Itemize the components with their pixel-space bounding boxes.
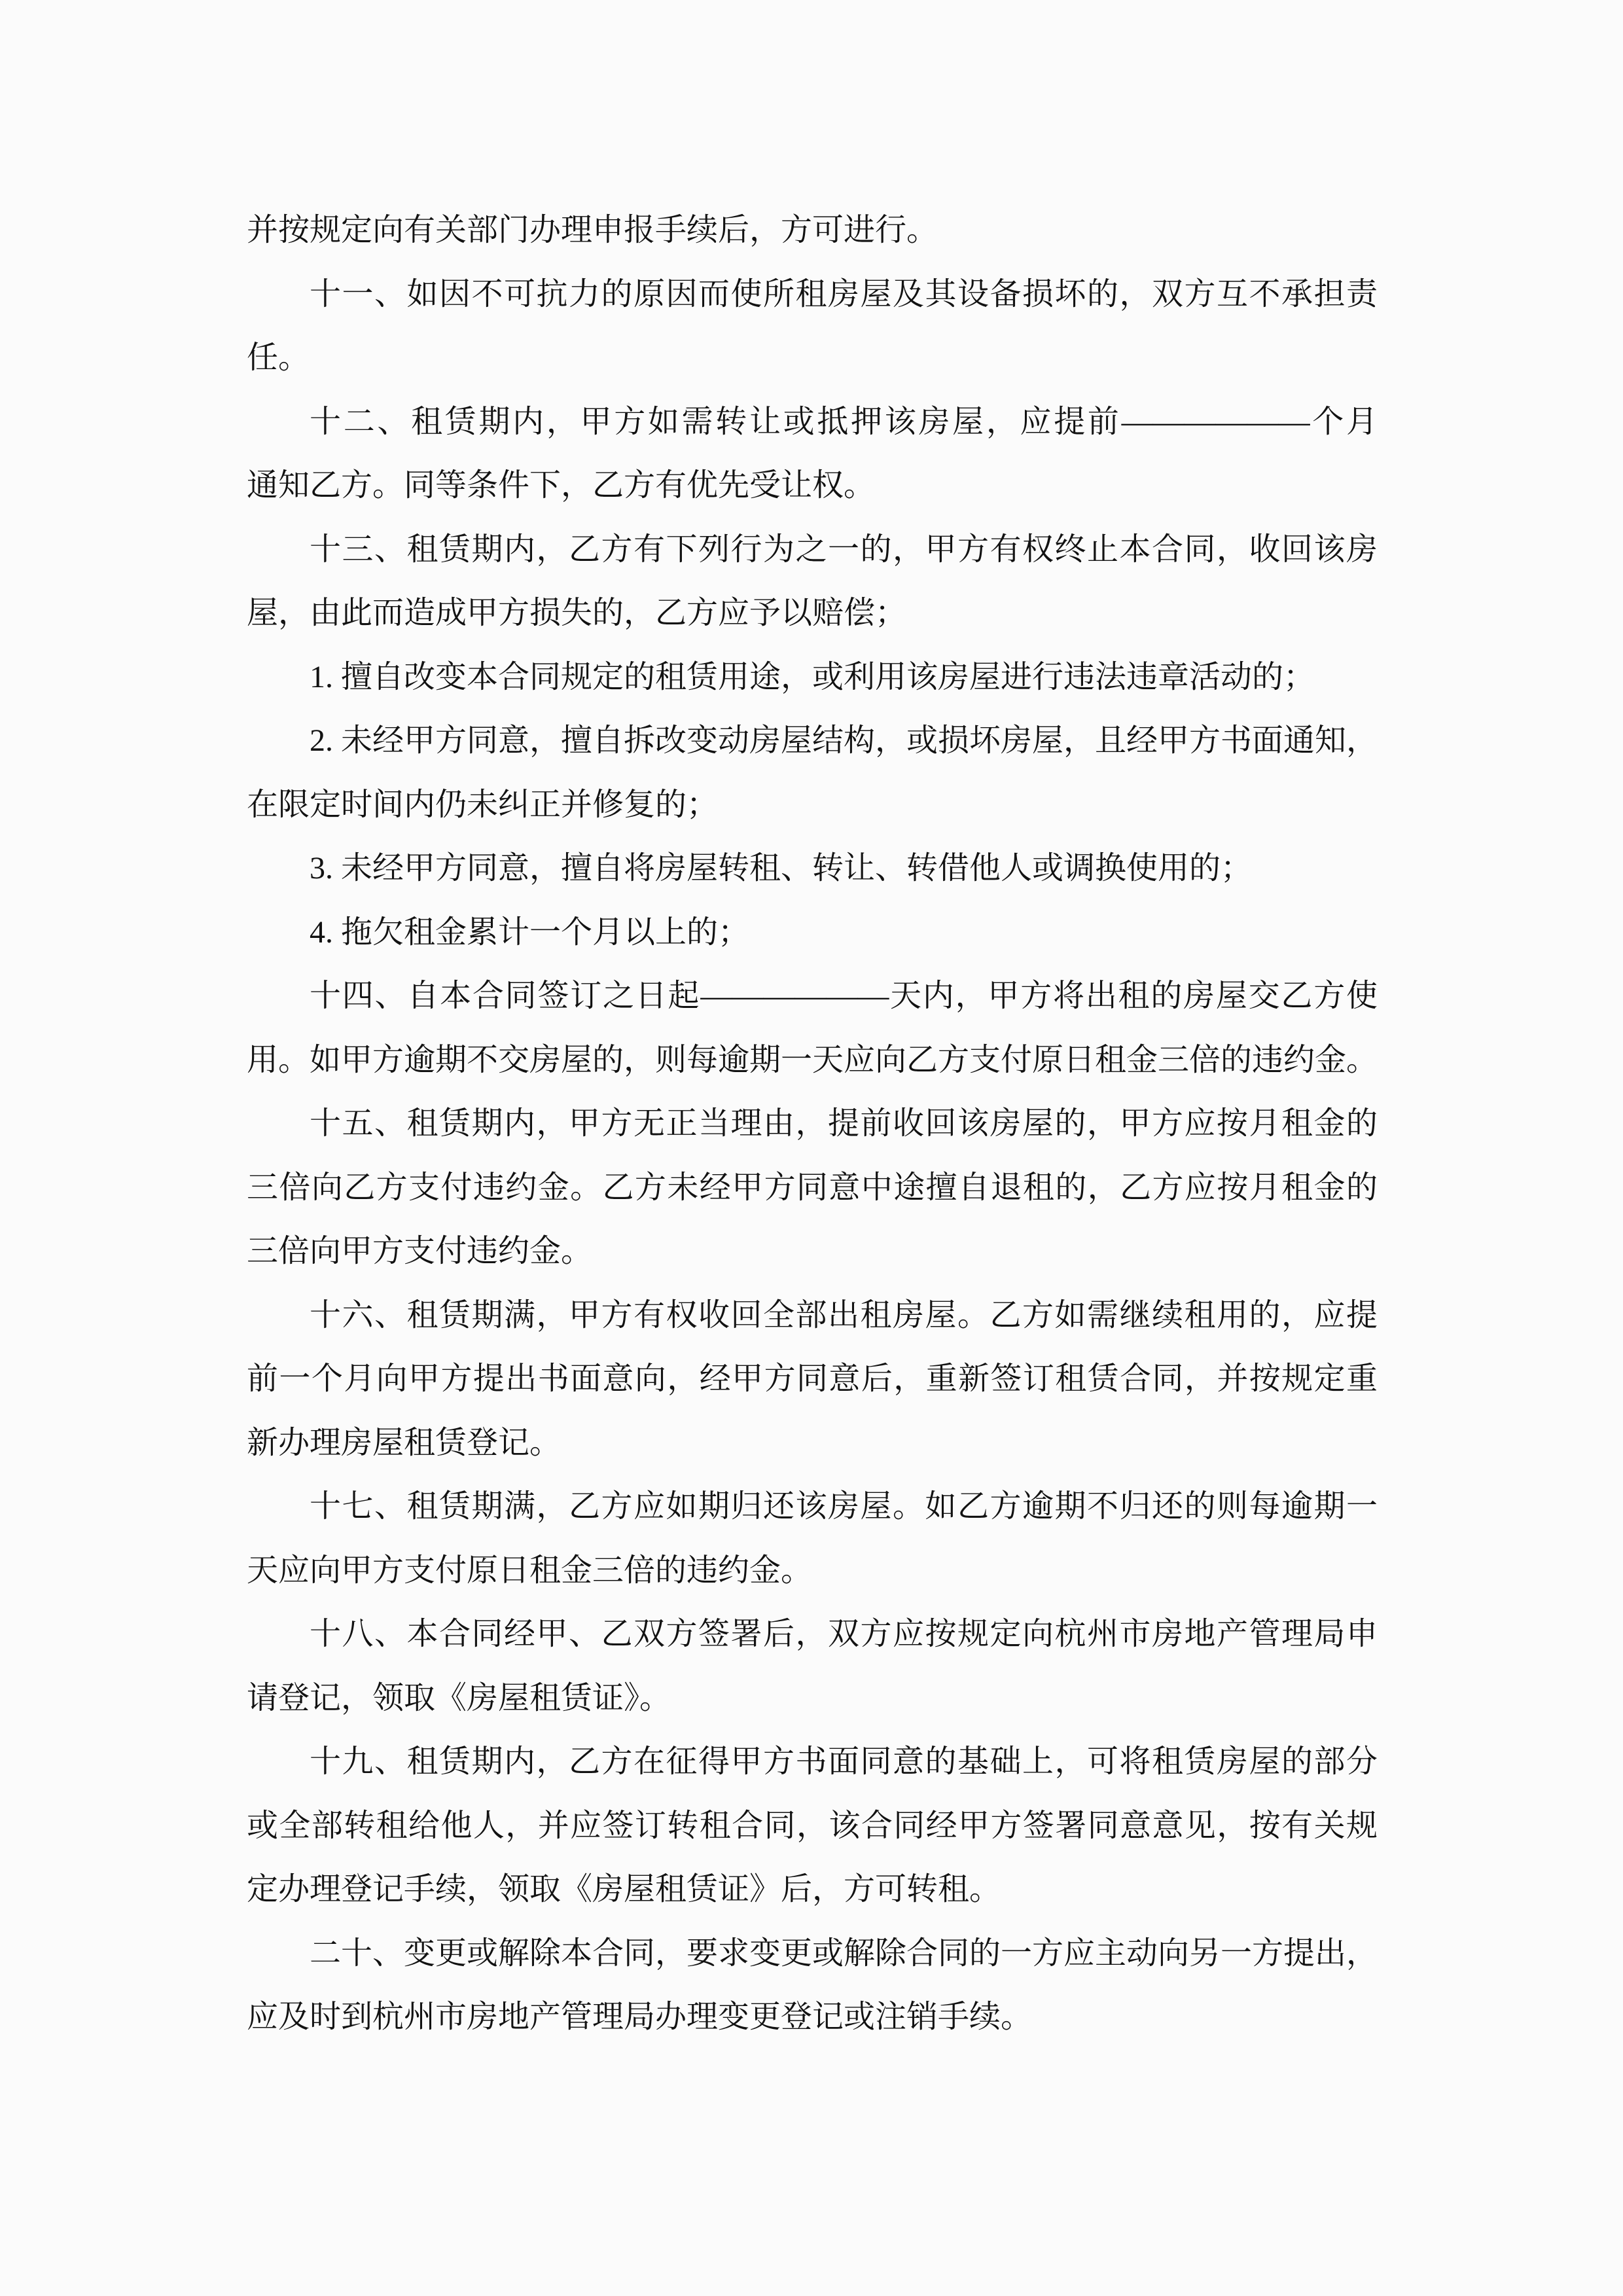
text-line: 屋，由此而造成甲方损失的，乙方应予以赔偿； bbox=[247, 581, 1378, 645]
text-line: 十四、自本合同签订之日起——————天内，甲方将出租的房屋交乙方使 bbox=[247, 964, 1378, 1028]
text-line: 十三、租赁期内，乙方有下列行为之一的，甲方有权终止本合同，收回该房 bbox=[247, 518, 1378, 582]
text-line: 任。 bbox=[247, 326, 1378, 390]
text-line: 前一个月向甲方提出书面意向，经甲方同意后，重新签订租赁合同，并按规定重 bbox=[247, 1347, 1378, 1411]
text-line: 请登记，领取《房屋租赁证》。 bbox=[247, 1666, 1378, 1731]
text-line: 十六、租赁期满，甲方有权收回全部出租房屋。乙方如需继续租用的，应提 bbox=[247, 1283, 1378, 1348]
text-line: 2. 未经甲方同意，擅自拆改变动房屋结构，或损坏房屋，且经甲方书面通知， bbox=[247, 709, 1378, 773]
text-line: 十九、租赁期内，乙方在征得甲方书面同意的基础上，可将租赁房屋的部分 bbox=[247, 1730, 1378, 1794]
text-line: 十七、租赁期满，乙方应如期归还该房屋。如乙方逾期不归还的则每逾期一 bbox=[247, 1475, 1378, 1539]
text-line: 十五、租赁期内，甲方无正当理由，提前收回该房屋的，甲方应按月租金的 bbox=[247, 1092, 1378, 1156]
text-line: 十八、本合同经甲、乙双方签署后，双方应按规定向杭州市房地产管理局申 bbox=[247, 1602, 1378, 1666]
text-line: 十二、租赁期内，甲方如需转让或抵押该房屋，应提前——————个月 bbox=[247, 390, 1378, 454]
text-line: 3. 未经甲方同意，擅自将房屋转租、转让、转借他人或调换使用的； bbox=[247, 836, 1378, 901]
text-line: 二十、变更或解除本合同，要求变更或解除合同的一方应主动向另一方提出， bbox=[247, 1922, 1378, 1986]
text-line: 应及时到杭州市房地产管理局办理变更登记或注销手续。 bbox=[247, 1985, 1378, 2049]
text-line: 在限定时间内仍未纠正并修复的； bbox=[247, 773, 1378, 837]
contract-text-block: 并按规定向有关部门办理申报手续后，方可进行。十一、如因不可抗力的原因而使所租房屋… bbox=[247, 198, 1378, 2049]
document-page: 并按规定向有关部门办理申报手续后，方可进行。十一、如因不可抗力的原因而使所租房屋… bbox=[0, 0, 1623, 2296]
text-line: 通知乙方。同等条件下，乙方有优先受让权。 bbox=[247, 454, 1378, 518]
text-line: 三倍向乙方支付违约金。乙方未经甲方同意中途擅自退租的，乙方应按月租金的 bbox=[247, 1156, 1378, 1220]
text-line: 用。如甲方逾期不交房屋的，则每逾期一天应向乙方支付原日租金三倍的违约金。 bbox=[247, 1028, 1378, 1092]
text-line: 1. 擅自改变本合同规定的租赁用途，或利用该房屋进行违法违章活动的； bbox=[247, 645, 1378, 709]
text-line: 定办理登记手续，领取《房屋租赁证》后，方可转租。 bbox=[247, 1857, 1378, 1922]
text-line: 或全部转租给他人，并应签订转租合同，该合同经甲方签署同意意见，按有关规 bbox=[247, 1794, 1378, 1858]
text-line: 新办理房屋租赁登记。 bbox=[247, 1411, 1378, 1475]
text-line: 三倍向甲方支付违约金。 bbox=[247, 1219, 1378, 1283]
text-line: 天应向甲方支付原日租金三倍的违约金。 bbox=[247, 1539, 1378, 1603]
text-line: 4. 拖欠租金累计一个月以上的； bbox=[247, 901, 1378, 965]
text-line: 十一、如因不可抗力的原因而使所租房屋及其设备损坏的，双方互不承担责 bbox=[247, 262, 1378, 327]
text-line: 并按规定向有关部门办理申报手续后，方可进行。 bbox=[247, 198, 1378, 262]
